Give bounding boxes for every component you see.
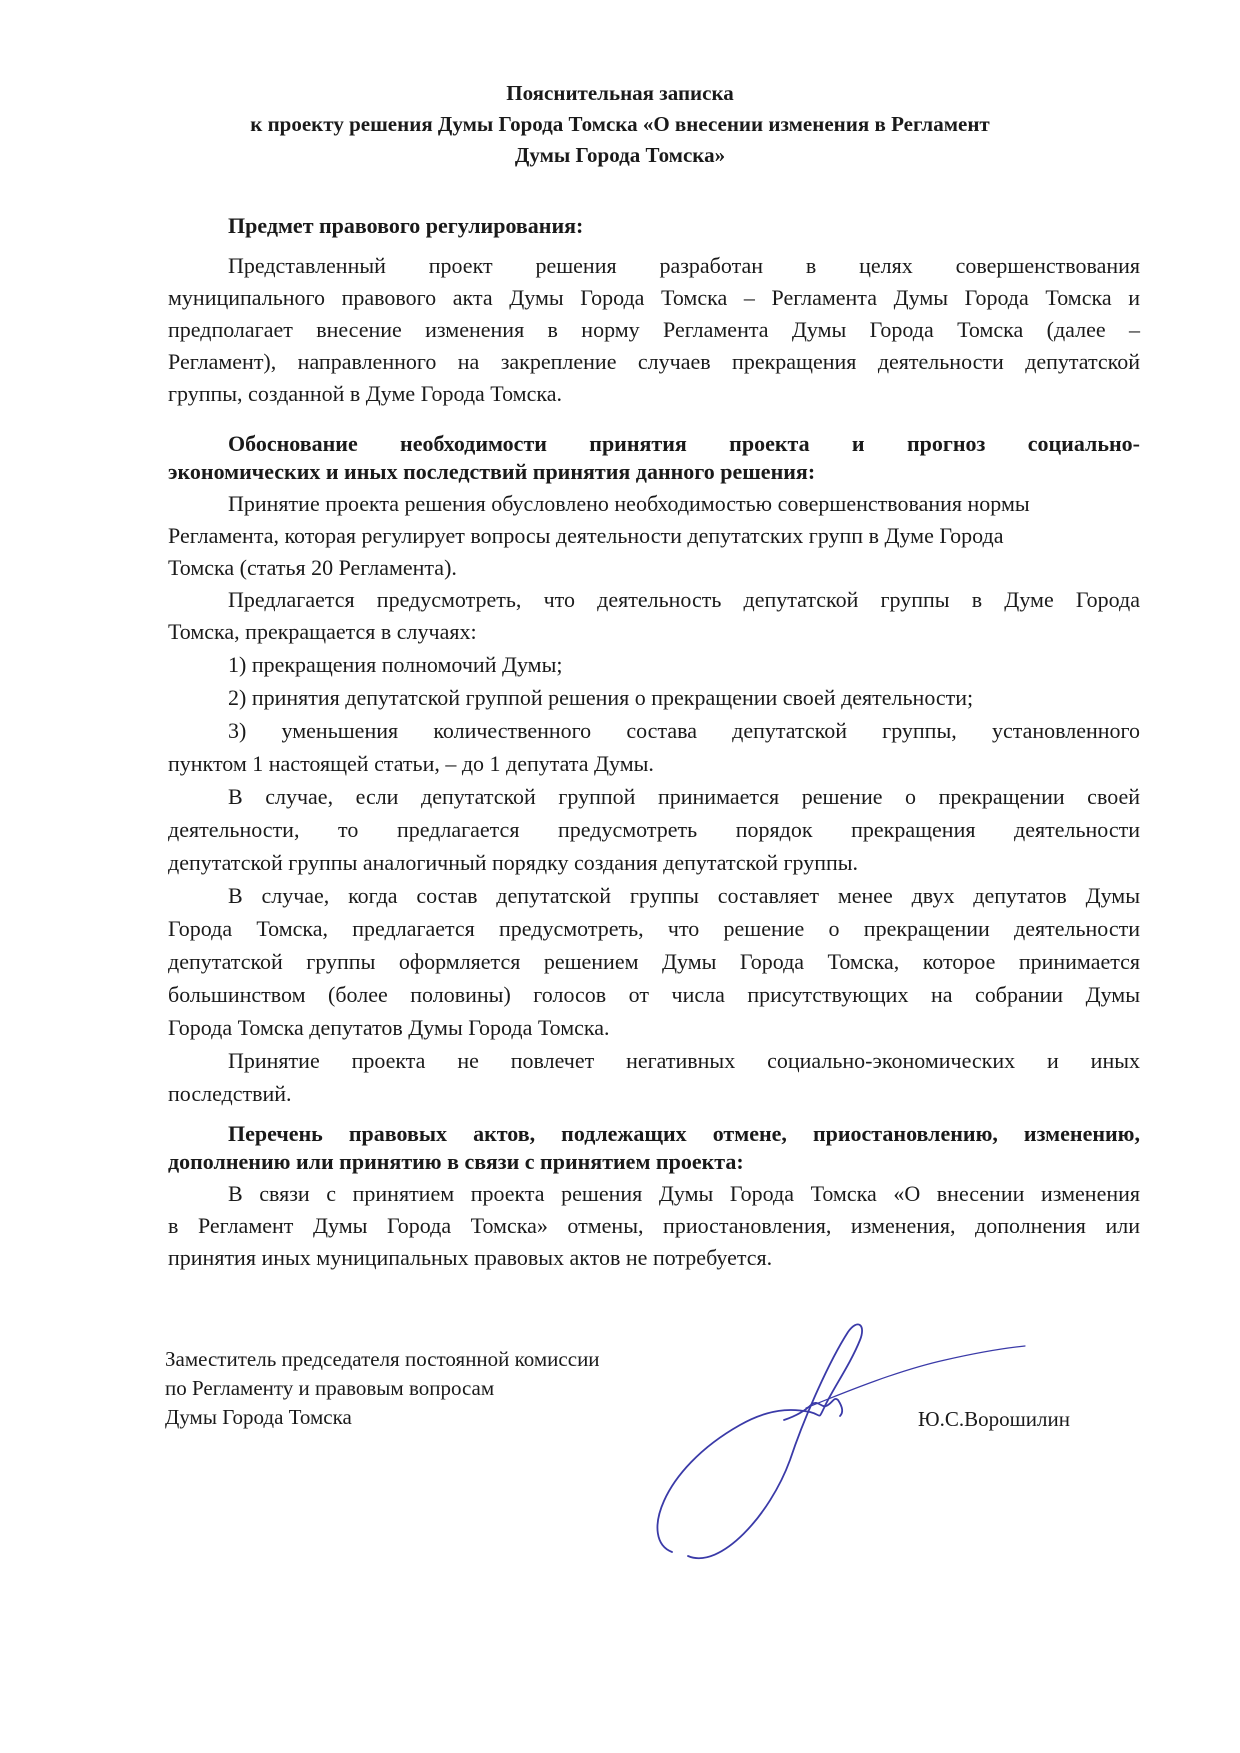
- document-title-line-1: Пояснительная записка: [150, 78, 1090, 109]
- paragraph-line: принятия иных муниципальных правовых акт…: [168, 1242, 1140, 1274]
- signer-position-line-2: по Регламенту и правовым вопросам: [165, 1374, 494, 1403]
- paragraph-line: группы, созданной в Думе Города Томска.: [168, 378, 1140, 410]
- section-heading-legal-acts-cont: дополнению или принятию в связи с принят…: [168, 1146, 1140, 1178]
- signer-position-line-3: Думы Города Томска: [165, 1403, 352, 1432]
- paragraph-line: в Регламент Думы Города Томска» отмены, …: [168, 1210, 1140, 1242]
- list-item: 2) принятия депутатской группой решения …: [228, 682, 1140, 714]
- signer-name: Ю.С.Ворошилин: [918, 1405, 1070, 1434]
- paragraph-line: предполагает внесение изменения в норму …: [168, 314, 1140, 346]
- paragraph-line: большинством (более половины) голосов от…: [168, 979, 1140, 1011]
- document-title-line-3: Думы Города Томска»: [150, 140, 1090, 171]
- paragraph-line: В случае, если депутатской группой прини…: [228, 781, 1140, 813]
- paragraph-line: Регламент), направленного на закрепление…: [168, 346, 1140, 378]
- paragraph-line: Регламента, которая регулирует вопросы д…: [168, 520, 1140, 552]
- paragraph-line: В связи с принятием проекта решения Думы…: [228, 1178, 1140, 1210]
- paragraph-line: Томска (статья 20 Регламента).: [168, 552, 1140, 584]
- paragraph-line: В случае, когда состав депутатской групп…: [228, 880, 1140, 912]
- section-heading-justification-cont: экономических и иных последствий приняти…: [168, 456, 1140, 488]
- paragraph-line: последствий.: [168, 1078, 1140, 1110]
- section-heading-subject: Предмет правового регулирования:: [228, 210, 1140, 242]
- document-page: Пояснительная записка к проекту решения …: [0, 0, 1240, 1753]
- paragraph-line: Принятие проекта решения обусловлено нео…: [228, 488, 1140, 520]
- signer-position-line-1: Заместитель председателя постоянной коми…: [165, 1345, 600, 1374]
- paragraph-line: Города Томска, предлагается предусмотрет…: [168, 913, 1140, 945]
- document-title-line-2: к проекту решения Думы Города Томска «О …: [150, 109, 1090, 140]
- handwritten-signature-icon: [600, 1320, 1030, 1580]
- paragraph-line: Томска, прекращается в случаях:: [168, 616, 1140, 648]
- paragraph-line: депутатской группы аналогичный порядку с…: [168, 847, 1140, 879]
- paragraph-line: Предлагается предусмотреть, что деятельн…: [228, 584, 1140, 616]
- list-item: 3) уменьшения количественного состава де…: [228, 715, 1140, 747]
- list-item-cont: пунктом 1 настоящей статьи, – до 1 депут…: [168, 748, 1140, 780]
- paragraph-line: Принятие проекта не повлечет негативных …: [228, 1045, 1140, 1077]
- paragraph-line: деятельности, то предлагается предусмотр…: [168, 814, 1140, 846]
- list-item: 1) прекращения полномочий Думы;: [228, 649, 1140, 681]
- paragraph-line: муниципального правового акта Думы Город…: [168, 282, 1140, 314]
- paragraph-line: Представленный проект решения разработан…: [228, 250, 1140, 282]
- paragraph-line: депутатской группы оформляется решением …: [168, 946, 1140, 978]
- paragraph-line: Города Томска депутатов Думы Города Томс…: [168, 1012, 1140, 1044]
